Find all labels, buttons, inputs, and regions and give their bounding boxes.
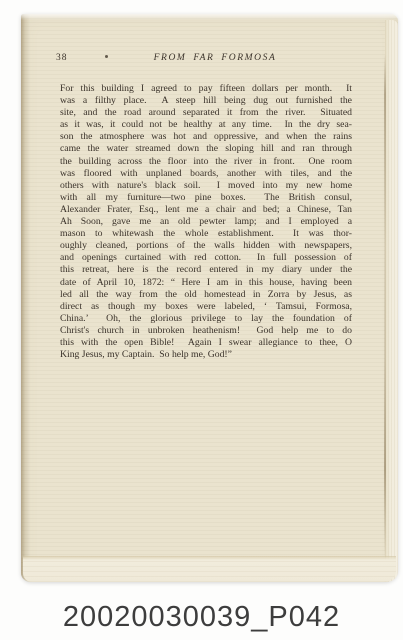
text-line: this with the open Bible! Again I swear … bbox=[60, 337, 352, 349]
body-text: For this building I agreed to pay fiftee… bbox=[60, 83, 352, 361]
text-line: Alexander Frater, Esq., lent me a chair … bbox=[60, 204, 352, 216]
catalog-label: 20020030039_P042 bbox=[0, 601, 403, 634]
page-left-edge bbox=[21, 14, 30, 582]
page-number: 38 bbox=[56, 53, 68, 63]
page-crease bbox=[384, 54, 386, 560]
text-line: King Jesus, my Captain. So help me, God!… bbox=[60, 349, 352, 361]
text-line: direct as though my boxes were labeled, … bbox=[60, 301, 352, 313]
text-line: led all the way from the old homestead i… bbox=[60, 289, 352, 301]
book-fore-edge bbox=[385, 20, 398, 582]
text-line: the building across the floor into the r… bbox=[60, 156, 352, 168]
text-line: this retreat, here is the record entered… bbox=[60, 264, 352, 276]
page-top-edge bbox=[21, 14, 398, 20]
photo-backdrop: 38 FROM FAR FORMOSA For this building I … bbox=[0, 0, 403, 640]
text-line: site, and the road around separated it f… bbox=[60, 107, 352, 119]
text-line: mason to whitewash the whole establishme… bbox=[60, 228, 352, 240]
text-line: was a filthy place. A steep hill being d… bbox=[60, 95, 352, 107]
text-line: as it was, it could not be healthy at an… bbox=[60, 119, 352, 131]
text-line: was floored with unplaned boards, anothe… bbox=[60, 168, 352, 180]
book-page: 38 FROM FAR FORMOSA For this building I … bbox=[21, 14, 398, 582]
text-line: and openings curtained with red cotton. … bbox=[60, 252, 352, 264]
text-line: came the water streamed down the sloping… bbox=[60, 143, 352, 155]
text-line: with all my furniture—two pine boxes. Th… bbox=[60, 192, 352, 204]
text-line: Ah Soon, gave me an old pewter lamp; and… bbox=[60, 216, 352, 228]
book-bottom-edge bbox=[23, 556, 396, 582]
text-line: For this building I agreed to pay fiftee… bbox=[60, 83, 352, 95]
text-line: date of April 10, 1872: “ Here I am in t… bbox=[60, 277, 352, 289]
text-line: Christ's church in unbroken heathenism! … bbox=[60, 325, 352, 337]
text-line: China.’ Oh, the glorious privilege to la… bbox=[60, 313, 352, 325]
text-line: oughly cleaned, portions of the walls hi… bbox=[60, 240, 352, 252]
page-content: 38 FROM FAR FORMOSA For this building I … bbox=[60, 53, 352, 361]
running-header-title: FROM FAR FORMOSA bbox=[69, 53, 361, 63]
text-line: son the atmosphere was hot and oppressiv… bbox=[60, 131, 352, 143]
running-header-row: 38 FROM FAR FORMOSA bbox=[60, 53, 352, 66]
text-line: others with nature's black soil. I moved… bbox=[60, 180, 352, 192]
